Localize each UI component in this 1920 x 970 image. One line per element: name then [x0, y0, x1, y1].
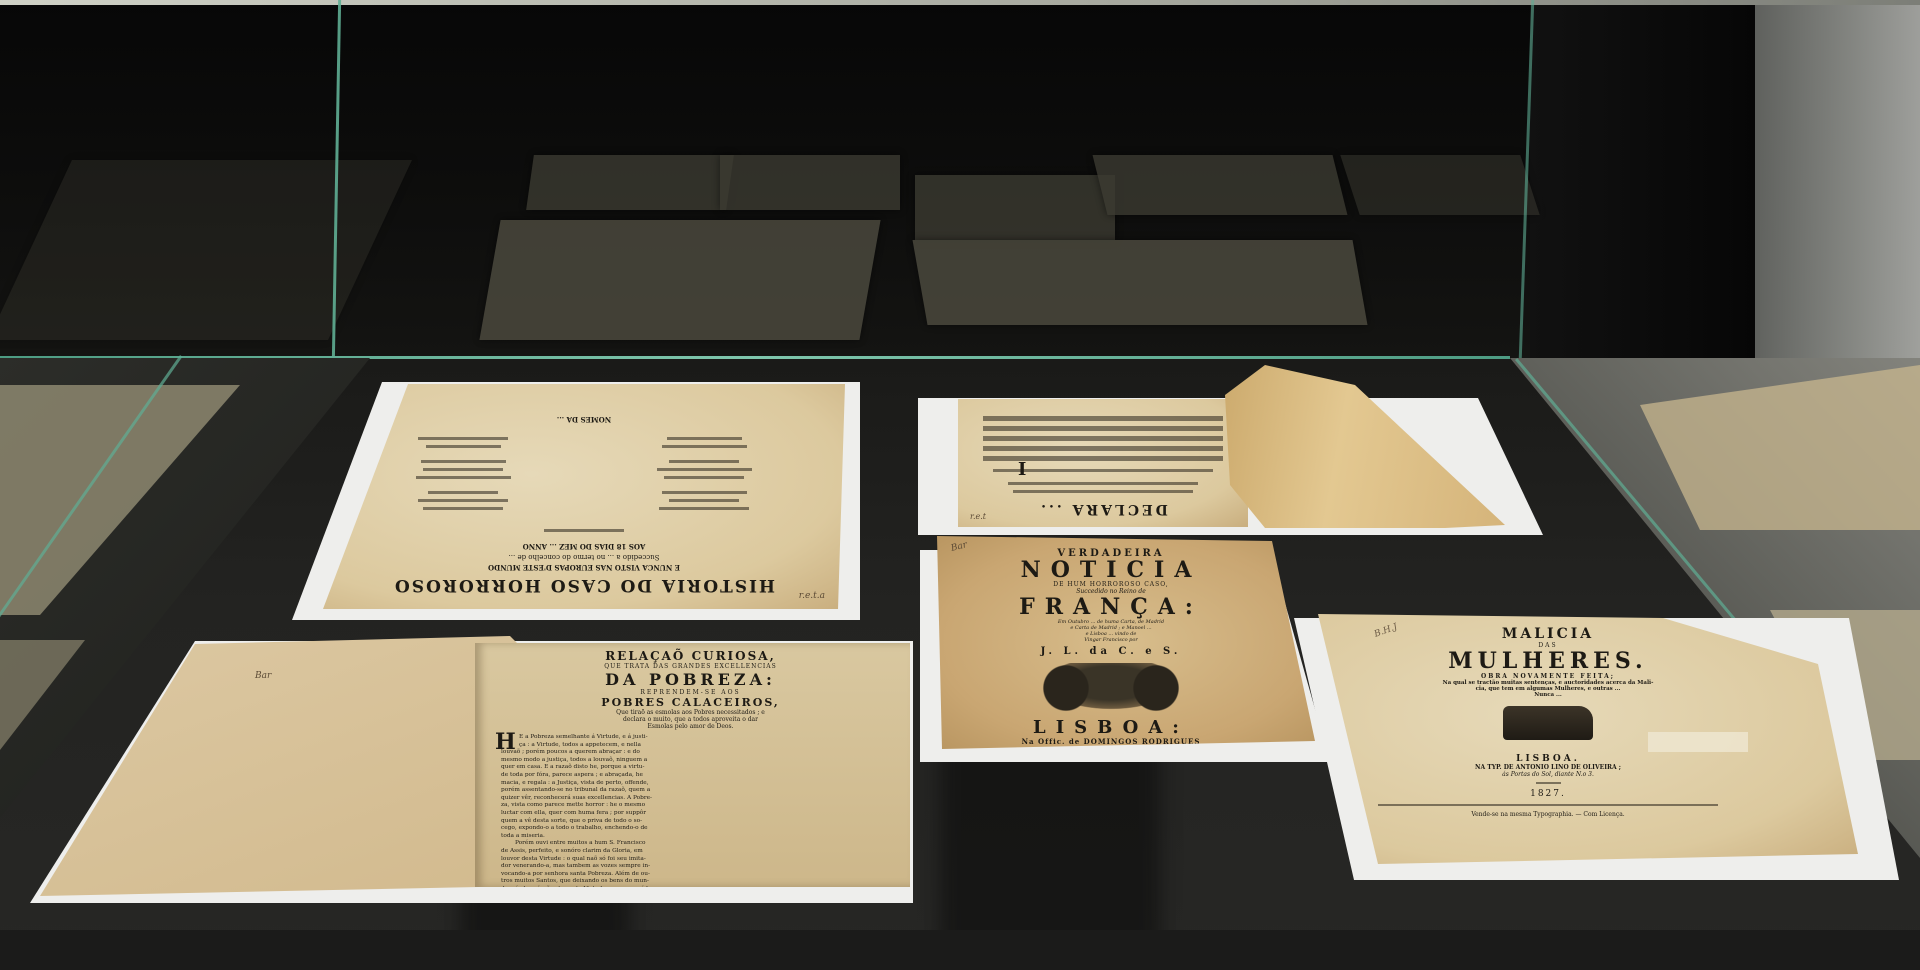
verdadeira-line3: DE HUM HORROROSO CASO, [947, 581, 1275, 588]
document-open-booklet[interactable]: DECLARA ... I r.e.t [958, 399, 1248, 527]
verdadeira-heading2: FRANÇA: [947, 595, 1275, 619]
verdadeira-detail-line: Vingar Francisco por [947, 637, 1275, 643]
malicia-place: LISBOA. [1348, 754, 1748, 764]
relacao-body-line: quizer vêr, reconhecerá suas excellencia… [501, 795, 892, 803]
relacao-body-line: tros muitos Santos, que deixando os bens… [501, 878, 892, 886]
relacao-body-line: do, só abraçáraõ esta santa Virtude ; co… [501, 886, 892, 887]
reflection-doc [526, 155, 734, 210]
relacao-body-line: cego, expondo-o a todo o trabalho, enche… [501, 825, 892, 833]
reflection-doc [1340, 155, 1539, 215]
back-grey-wall [1755, 0, 1920, 380]
relacao-line2: QUE TRATA DAS GRANDES EXCELLENCIAS [489, 663, 892, 670]
malicia-line1: MALICIA [1348, 626, 1748, 642]
relacao-body: H E a Pobreza semelhante á Virtude, e á … [475, 730, 910, 887]
reflection-doc [913, 240, 1368, 325]
historia-line3: Succedido a ... no termo do concelho de … [343, 553, 825, 561]
open-booklet-title: DECLARA ... [972, 501, 1234, 517]
relacao-body-line: de toda por fóra, parece aspera ; e abra… [501, 772, 892, 780]
malicia-heading: MULHERES. [1348, 649, 1748, 673]
malicia-desc-line: Nunca ... [1348, 692, 1748, 698]
reflection-doc [720, 155, 900, 210]
malicia-ornamental-rule [1378, 804, 1718, 806]
relacao-intro-1: Que tiraõ as esmolas aos Pobres necessit… [489, 709, 892, 716]
relacao-heading: DA POBREZA: [489, 670, 892, 689]
historia-line4: AOS 18 DIAS DO MEZ ... ANNO [343, 542, 825, 551]
malicia-year: 1827. [1348, 789, 1748, 799]
relacao-title: RELAÇAÕ CURIOSA, [489, 649, 892, 663]
relacao-body-line: Porém ouvi entre muitos a hum S. Francis… [501, 840, 892, 848]
document-historia[interactable]: HISTORIA DO CASO HORROROSO E NUNCA VISTO… [323, 384, 845, 609]
verdadeira-heading: NOTICIA [947, 559, 1275, 581]
relacao-body-line: dor venerando-a, mas tambem as vozes sem… [501, 863, 892, 871]
historia-verses [343, 432, 825, 515]
relacao-body-line: luctar com ella, quer com huma fera ; po… [501, 810, 892, 818]
display-case-scene: HISTORIA DO CASO HORROROSO E NUNCA VISTO… [0, 0, 1920, 970]
open-booklet-page-marker: I [1018, 457, 1026, 478]
historia-section-heading: NOMES DA ... [343, 415, 825, 424]
verdadeira-text: VERDADEIRA NOTICIA DE HUM HORROROSO CASO… [937, 536, 1315, 749]
relacao-left-page-mark: Bar [255, 671, 271, 681]
malicia-rule [1536, 782, 1561, 784]
malicia-address: ás Portas do Sol, diante N.o 3. [1348, 771, 1748, 778]
ornament-icon [1036, 663, 1186, 713]
document-verdadeira[interactable]: VERDADEIRA NOTICIA DE HUM HORROROSO CASO… [937, 536, 1315, 749]
relacao-body-line: vocando-a por senhora santa Pobreza. Alé… [501, 871, 892, 879]
historia-rule [544, 529, 624, 532]
malicia-printer: NA TYP. DE ANTONIO LINO DE OLIVEIRA ; [1348, 764, 1748, 771]
malicia-footer: Vende-se na mesma Typographia. — Com Lic… [1348, 811, 1748, 818]
historia-title: HISTORIA DO CASO HORROROSO [343, 575, 825, 595]
relacao-drop-cap: H [495, 732, 516, 752]
reflection-doc [915, 175, 1115, 240]
relacao-line4: REPRENDEM-SE AOS [489, 689, 892, 696]
open-booklet-text: DECLARA ... [958, 399, 1248, 527]
relacao-line5: POBRES CALACEIROS, [489, 696, 892, 709]
verdadeira-place: LISBOA: [947, 719, 1275, 737]
relacao-body-line: louvor desta Virtude : o qual naõ só foi… [501, 856, 892, 864]
malicia-line4: OBRA NOVAMENTE FEITA; [1348, 673, 1748, 680]
relacao-body-line: E a Pobreza semelhante á Virtude, e á ju… [501, 734, 892, 742]
historia-subtitle: E NUNCA VISTO NAS EUROPAS D'ESTE MUNDO [343, 563, 825, 572]
reflection-doc [1093, 155, 1348, 215]
relacao-body-line: de Assis, perfeito, e sonóro clarim da G… [501, 848, 892, 856]
relacao-body-line: porém assentando-se no tribunal da razaõ… [501, 787, 892, 795]
relacao-body-line: za, vista como parece mette horror : he … [501, 802, 892, 810]
historia-handwritten-note: r.e.t.a [799, 591, 825, 601]
woodcut-figures-icon [1503, 706, 1593, 740]
historia-text: HISTORIA DO CASO HORROROSO E NUNCA VISTO… [323, 384, 845, 609]
relacao-body-line: quem a vê desta sorte, que o priva de to… [501, 818, 892, 826]
malicia-paper-repair-patch [1648, 732, 1748, 752]
open-booklet-handwritten-note: r.e.t [970, 512, 986, 521]
back-dark-panel [1530, 0, 1760, 360]
display-floor-front-edge [0, 930, 1920, 970]
relacao-body-line: louvaõ ; porém poucos a querem abraçar :… [501, 749, 892, 757]
document-relacao[interactable]: RELAÇAÕ CURIOSA, QUE TRATA DAS GRANDES E… [475, 643, 910, 887]
relacao-intro-2: declara o muito, que a todos aproveita o… [489, 716, 892, 723]
document-malicia[interactable]: MALICIA DAS MULHERES. OBRA NOVAMENTE FEI… [1318, 614, 1858, 870]
relacao-text: RELAÇAÕ CURIOSA, QUE TRATA DAS GRANDES E… [475, 643, 910, 730]
verdadeira-author: J. L. da C. e S. [947, 646, 1275, 657]
reflection-doc [479, 220, 880, 340]
case-top-edge [0, 0, 1920, 5]
relacao-body-line: quer em casa. E a razaõ disto he, porque… [501, 764, 892, 772]
relacao-intro-3: Esmolas pelo amor de Deos. [489, 723, 892, 730]
